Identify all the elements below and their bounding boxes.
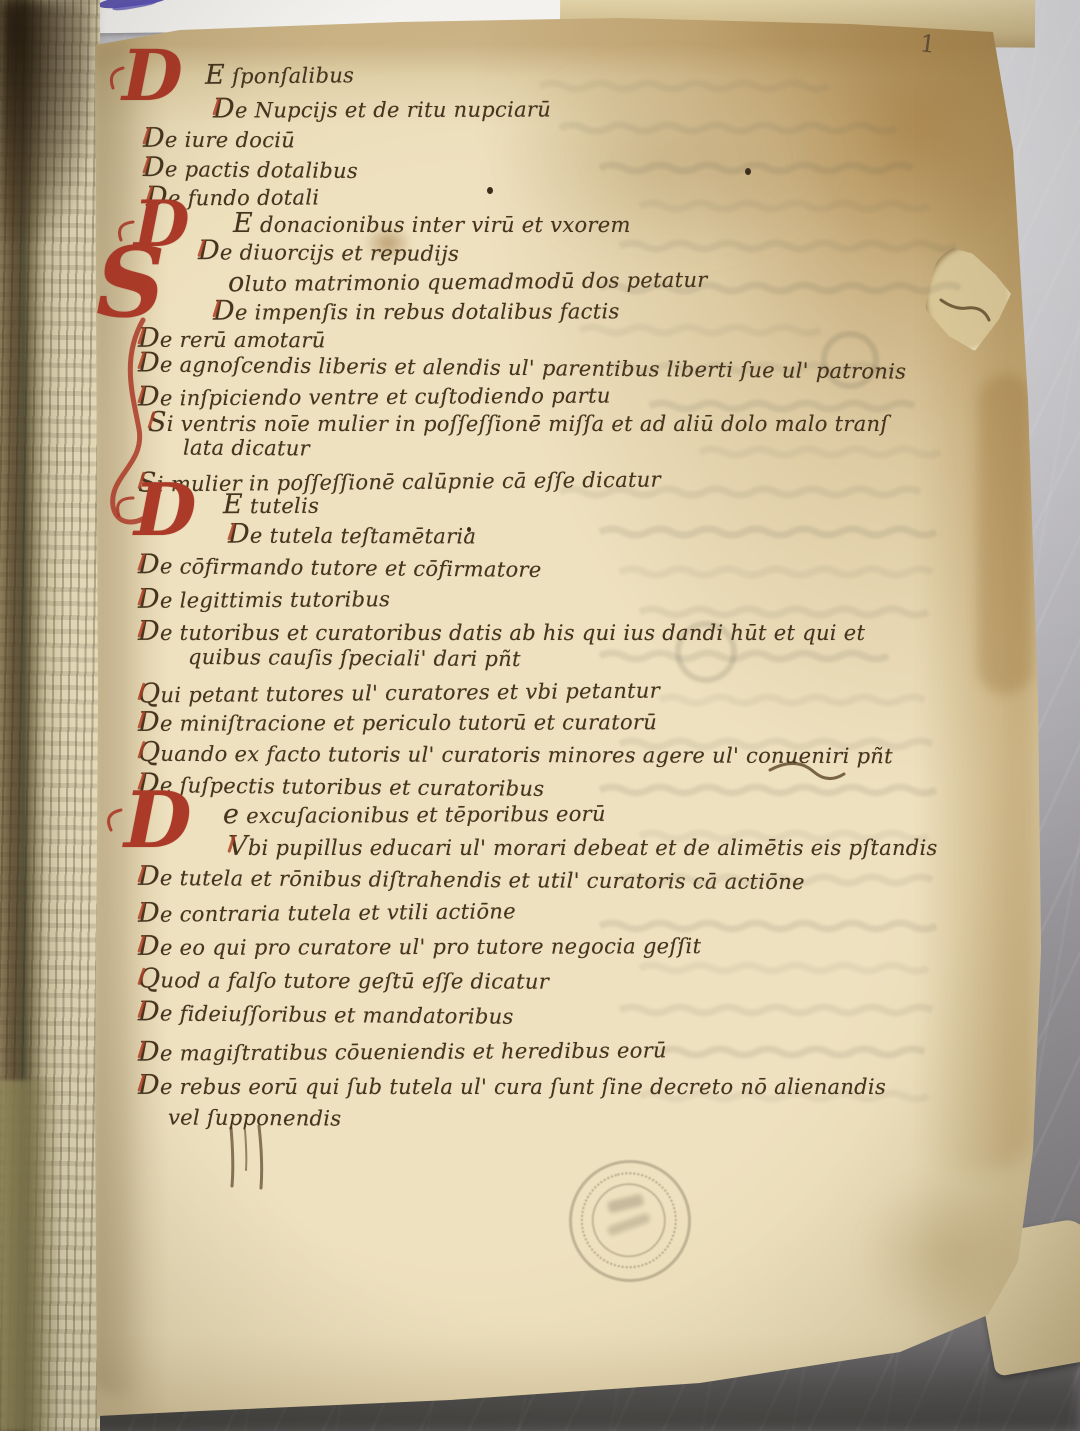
- rubric-initial: D: [124, 786, 192, 856]
- toc-line: De cōfirmando tutore et cōfirmatore: [138, 550, 542, 583]
- rubric-stroke: [137, 902, 145, 920]
- toc-line: De impenſis in rebus dotalibus factis: [213, 295, 620, 326]
- rubric-stroke: [137, 935, 145, 953]
- toc-line: De iure dociū: [143, 124, 295, 154]
- rubric-initial: D: [122, 44, 183, 107]
- toc-line: De diuorcijs et repudijs: [198, 236, 459, 267]
- rubric-stroke: [137, 711, 145, 729]
- rubric-stroke: [137, 588, 145, 606]
- toc-line: oluto matrimonio quemadmodū dos petatur: [228, 264, 708, 298]
- toc-line: De contraria tutela et vtili actiōne: [138, 895, 516, 928]
- rubric-stroke: [137, 1041, 145, 1059]
- folio-number: 1: [919, 31, 937, 57]
- rubric-stroke: [137, 741, 145, 759]
- toc-line: E ſponſalibus: [205, 59, 354, 90]
- toc-line: E donacionibus inter virū et vxorem: [233, 209, 631, 239]
- binding-lower-edge: [0, 1080, 60, 1431]
- text-layer: DE ſponſalibusDe Nupcijs et de ritu nupc…: [93, 14, 1045, 1418]
- toc-line: quibus cauſis ſpeciali' dari pñt: [188, 646, 521, 671]
- rubric-stroke: [142, 156, 151, 174]
- toc-line: De tutela et rōnibus diſtrahendis et uti…: [138, 862, 805, 896]
- rubric-stroke: [137, 620, 145, 638]
- rubric-stroke: [147, 411, 155, 429]
- rubric-stroke: [137, 553, 146, 571]
- toc-line: De magiſtratibus cōueniendis et heredibu…: [138, 1034, 667, 1067]
- rubric-stroke: [137, 327, 145, 345]
- toc-line: e excuſacionibus et tēporibus eorū: [223, 798, 606, 830]
- rubric-stroke: [137, 1074, 145, 1092]
- toc-line: Vbi pupillus educari ul' morari debeat e…: [228, 832, 938, 862]
- rubric-stroke: [137, 1000, 146, 1018]
- toc-line: De miniſtracione et periculo tutorū et c…: [138, 706, 657, 737]
- toc-line: Quando ex facto tutoris ul' curatoris mi…: [138, 738, 893, 770]
- manuscript-photo: DE ſponſalibusDe Nupcijs et de ritu nupc…: [0, 0, 1080, 1431]
- toc-line: De tutoribus et curatoribus datis ab his…: [138, 617, 865, 647]
- toc-line: Quod a falſo tutore geſtū eſſe dicatur: [138, 964, 549, 995]
- toc-line: De pactis dotalibus: [143, 153, 358, 185]
- toc-line: De tutela teſtamētaria: [228, 520, 476, 550]
- parchment-page: DE ſponſalibusDe Nupcijs et de ritu nupc…: [93, 14, 1045, 1418]
- toc-line: Qui petant tutores ul' curatores et vbi …: [138, 675, 660, 710]
- rubric-stroke: [227, 523, 235, 541]
- toc-line: De fideiuſſoribus et mandatoribus: [138, 997, 514, 1030]
- rubric-stroke: [137, 385, 145, 403]
- toc-line: lata dicatur: [183, 437, 310, 461]
- toc-line: Si mulier in poſſeſſionē calūpnie cā eſſ…: [138, 464, 661, 499]
- toc-line: Si ventris noīe mulier in poſſeſſionē mi…: [148, 408, 888, 438]
- rubric-stroke: [212, 97, 220, 115]
- toc-line: De eo qui pro curatore ul' pro tutore ne…: [138, 930, 701, 961]
- rubric-stroke: [197, 239, 206, 257]
- toc-line: E tutelis: [223, 490, 319, 520]
- rubric-stroke: [137, 865, 146, 883]
- toc-line: De legittimis tutoribus: [138, 583, 390, 614]
- toc-line: De rebus eorū qui ſub tutela ul' cura ſu…: [138, 1071, 886, 1101]
- toc-line: vel ſupponendis: [168, 1106, 342, 1130]
- rubric-stroke: [137, 351, 146, 369]
- rubric-initial: S: [96, 240, 165, 326]
- rubric-stroke: [227, 835, 235, 853]
- binding-dark-corner: [0, 0, 96, 240]
- rubric-initial: D: [134, 478, 196, 543]
- toc-line: De Nupcijs et de ritu nupciarū: [213, 93, 551, 124]
- rubric-stroke: [137, 682, 145, 700]
- rubric-stroke: [142, 127, 150, 145]
- rubric-stroke: [137, 967, 145, 985]
- rubric-stroke: [212, 300, 220, 318]
